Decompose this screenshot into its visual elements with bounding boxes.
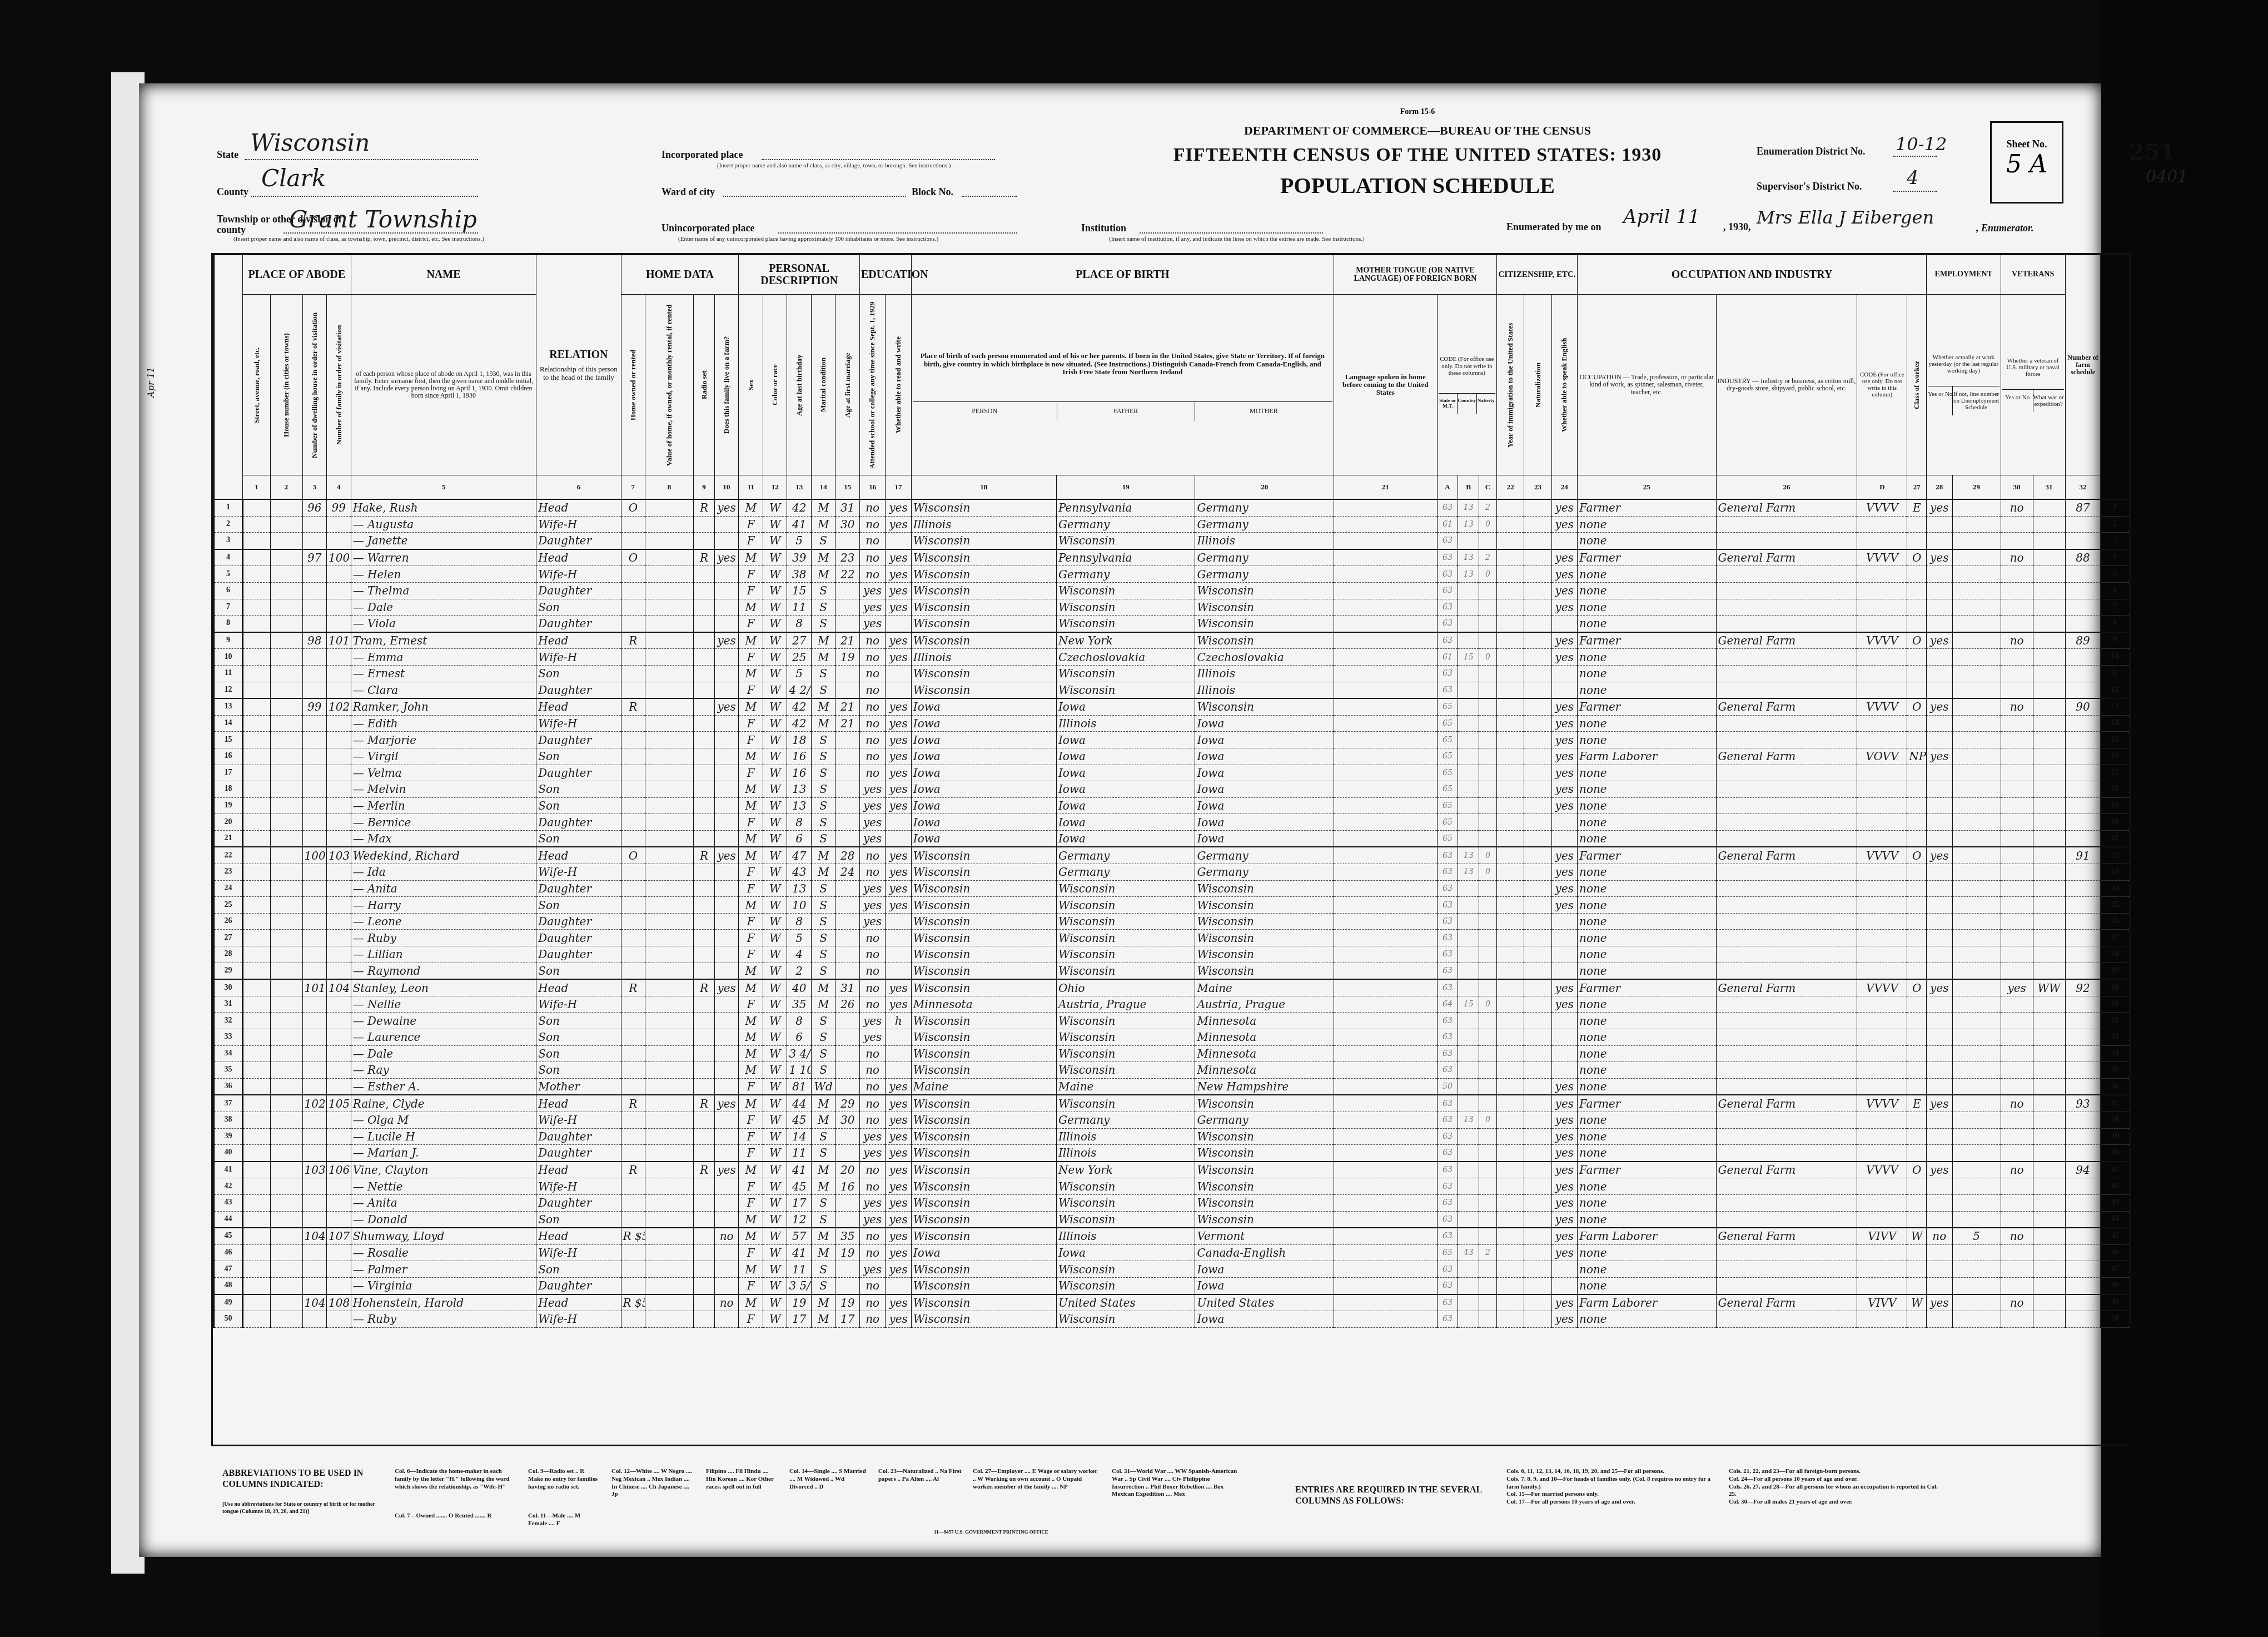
at-work-cell bbox=[1927, 797, 1952, 814]
schedule-title: POPULATION SCHEDULE bbox=[1056, 172, 1779, 199]
occupation-code-cell bbox=[1857, 732, 1907, 748]
class-of-worker-cell: NP bbox=[1907, 748, 1927, 765]
code-nativity-cell bbox=[1479, 930, 1497, 946]
at-work-cell bbox=[1927, 1244, 1952, 1261]
table-row: 18— MelvinSonMW13SyesyesIowaIowaIowa65ye… bbox=[214, 781, 2130, 798]
read-write-cell: yes bbox=[886, 880, 911, 897]
read-write-cell bbox=[886, 930, 911, 946]
person-name-cell: Tram, Ernest bbox=[351, 632, 536, 649]
sex-cell: F bbox=[739, 1128, 763, 1145]
family-number-cell bbox=[327, 533, 351, 549]
sex-cell: M bbox=[739, 797, 763, 814]
farm-schedule-cell bbox=[2065, 649, 2101, 666]
school-cell: yes bbox=[859, 1261, 885, 1278]
age-first-marriage-cell bbox=[835, 1128, 860, 1145]
speak-english-cell: yes bbox=[1551, 979, 1577, 996]
col-radio: Radio set bbox=[694, 295, 715, 475]
sex-cell: F bbox=[739, 1244, 763, 1261]
family-number-cell bbox=[327, 930, 351, 946]
birthplace-person-cell: Wisconsin bbox=[911, 1178, 1056, 1195]
birthplace-person-cell: Wisconsin bbox=[911, 1112, 1056, 1128]
immigration-cell bbox=[1496, 847, 1524, 864]
code-nativity-cell bbox=[1479, 1294, 1497, 1311]
street-cell bbox=[243, 963, 270, 979]
birthplace-mother-cell: Iowa bbox=[1195, 830, 1334, 847]
dwelling-number-cell: 102 bbox=[302, 1095, 327, 1112]
line-number-right: 17 bbox=[2101, 765, 2130, 781]
veteran-cell bbox=[2001, 682, 2033, 698]
street-cell bbox=[243, 715, 270, 732]
birthplace-person-cell: Wisconsin bbox=[911, 499, 1056, 516]
house-number-cell bbox=[270, 549, 302, 566]
birthplace-mother-cell: Maine bbox=[1195, 979, 1334, 996]
school-cell: yes bbox=[859, 616, 885, 632]
line-number-right: 31 bbox=[2101, 996, 2130, 1013]
veteran-cell bbox=[2001, 1013, 2033, 1029]
age-first-marriage-cell bbox=[835, 1261, 860, 1278]
occupation-code-cell bbox=[1857, 930, 1907, 946]
marital-cell: S bbox=[811, 1062, 835, 1079]
age-first-marriage-cell bbox=[835, 1029, 860, 1046]
veteran-cell bbox=[2001, 1145, 2033, 1162]
entries-line-7: Cols. 26, 27, and 28—For all persons for… bbox=[1729, 1484, 1940, 1499]
code-nativity-cell bbox=[1479, 830, 1497, 847]
race-cell: W bbox=[763, 880, 787, 897]
immigration-cell bbox=[1496, 1211, 1524, 1228]
dwelling-number-cell bbox=[302, 533, 327, 549]
school-cell: yes bbox=[859, 830, 885, 847]
occupation-code-cell: VVVV bbox=[1857, 698, 1907, 715]
occupation-cell: none bbox=[1578, 1311, 1717, 1328]
read-write-cell: yes bbox=[886, 698, 911, 715]
line-number: 38 bbox=[214, 1112, 243, 1128]
occupation-code-cell: VIVV bbox=[1857, 1294, 1907, 1311]
speak-english-cell bbox=[1551, 814, 1577, 831]
read-write-cell: yes bbox=[886, 979, 911, 996]
speak-english-cell: yes bbox=[1551, 1078, 1577, 1095]
school-cell: yes bbox=[859, 1128, 885, 1145]
school-cell: no bbox=[859, 1244, 885, 1261]
occupation-cell: none bbox=[1578, 996, 1717, 1013]
marital-cell: S bbox=[811, 814, 835, 831]
race-cell: W bbox=[763, 1261, 787, 1278]
language-cell bbox=[1334, 1311, 1437, 1328]
industry-cell: General Farm bbox=[1716, 1228, 1857, 1244]
marital-cell: S bbox=[811, 533, 835, 549]
code-country-cell: 13 bbox=[1458, 1112, 1479, 1128]
industry-cell: General Farm bbox=[1716, 499, 1857, 516]
col-unemployment-line: If not, line number on Unemployment Sche… bbox=[1953, 386, 1999, 415]
language-cell bbox=[1334, 1277, 1437, 1294]
unemployment-line-cell bbox=[1952, 533, 2001, 549]
farm-cell: yes bbox=[714, 549, 739, 566]
home-value-cell bbox=[645, 566, 694, 583]
family-number-cell bbox=[327, 1045, 351, 1062]
family-number-cell bbox=[327, 1128, 351, 1145]
radio-cell bbox=[694, 682, 715, 698]
birthplace-father-cell: Wisconsin bbox=[1056, 963, 1195, 979]
marital-cell: M bbox=[811, 499, 835, 516]
code-country-cell bbox=[1458, 797, 1479, 814]
person-name-cell: Ramker, John bbox=[351, 698, 536, 715]
sex-cell: M bbox=[739, 830, 763, 847]
immigration-cell bbox=[1496, 698, 1524, 715]
family-number-cell bbox=[327, 913, 351, 930]
naturalization-cell bbox=[1524, 632, 1551, 649]
veteran-cell bbox=[2001, 1062, 2033, 1079]
occupation-cell: none bbox=[1578, 864, 1717, 881]
line-number-header bbox=[214, 255, 243, 500]
read-write-cell bbox=[886, 533, 911, 549]
group-name: NAME bbox=[351, 255, 536, 295]
age-first-marriage-cell: 21 bbox=[835, 715, 860, 732]
age-first-marriage-cell bbox=[835, 748, 860, 765]
occupation-code-cell bbox=[1857, 1277, 1907, 1294]
language-cell bbox=[1334, 1145, 1437, 1162]
radio-cell: R bbox=[694, 847, 715, 864]
occupation-code-cell: VVVV bbox=[1857, 979, 1907, 996]
street-cell bbox=[243, 1128, 270, 1145]
class-of-worker-cell: O bbox=[1907, 632, 1927, 649]
farm-cell bbox=[714, 649, 739, 666]
war-cell bbox=[2033, 996, 2065, 1013]
age-first-marriage-cell: 35 bbox=[835, 1228, 860, 1244]
language-cell bbox=[1334, 781, 1437, 798]
birthplace-mother-cell: Austria, Prague bbox=[1195, 996, 1334, 1013]
person-name-cell: — Nettie bbox=[351, 1178, 536, 1195]
naturalization-cell bbox=[1524, 1228, 1551, 1244]
speak-english-cell bbox=[1551, 1261, 1577, 1278]
code-nativity-cell bbox=[1479, 698, 1497, 715]
family-number-cell bbox=[327, 1244, 351, 1261]
radio-cell bbox=[694, 1029, 715, 1046]
column-number: D bbox=[1857, 475, 1907, 500]
family-number-cell: 103 bbox=[327, 847, 351, 864]
unemployment-line-cell bbox=[1952, 1178, 2001, 1195]
birthplace-person-cell: Iowa bbox=[911, 830, 1056, 847]
race-cell: W bbox=[763, 797, 787, 814]
farm-cell: yes bbox=[714, 1095, 739, 1112]
naturalization-cell bbox=[1524, 1095, 1551, 1112]
war-cell bbox=[2033, 1128, 2065, 1145]
line-number: 6 bbox=[214, 582, 243, 599]
ed-line bbox=[1893, 156, 1937, 157]
code-state-cell: 63 bbox=[1437, 533, 1458, 549]
code-state-cell: 61 bbox=[1437, 649, 1458, 666]
occupation-cell: none bbox=[1578, 1261, 1717, 1278]
naturalization-cell bbox=[1524, 1178, 1551, 1195]
birthplace-mother-cell: Iowa bbox=[1195, 814, 1334, 831]
column-number: 5 bbox=[351, 475, 536, 500]
street-cell bbox=[243, 1095, 270, 1112]
family-number-cell bbox=[327, 748, 351, 765]
dwelling-number-cell bbox=[302, 814, 327, 831]
naturalization-cell bbox=[1524, 698, 1551, 715]
industry-cell bbox=[1716, 880, 1857, 897]
age-cell: 1 10/12 bbox=[787, 1062, 812, 1079]
street-cell bbox=[243, 1112, 270, 1128]
col-veteran: Yes or No bbox=[2002, 390, 2033, 412]
person-name-cell: — Lucile H bbox=[351, 1128, 536, 1145]
house-number-cell bbox=[270, 1311, 302, 1328]
class-of-worker-cell: W bbox=[1907, 1228, 1927, 1244]
birthplace-father-cell: Czechoslovakia bbox=[1056, 649, 1195, 666]
house-number-cell bbox=[270, 1145, 302, 1162]
radio-cell bbox=[694, 533, 715, 549]
house-number-cell bbox=[270, 830, 302, 847]
race-cell: W bbox=[763, 1078, 787, 1095]
sex-cell: M bbox=[739, 963, 763, 979]
home-owned-cell: R $5 bbox=[621, 1294, 645, 1311]
person-name-cell: — Warren bbox=[351, 549, 536, 566]
dwelling-number-cell bbox=[302, 996, 327, 1013]
occupation-cell: Farmer bbox=[1578, 1095, 1717, 1112]
code-state-cell: 63 bbox=[1437, 913, 1458, 930]
line-number: 48 bbox=[214, 1277, 243, 1294]
war-cell bbox=[2033, 682, 2065, 698]
home-owned-cell: O bbox=[621, 549, 645, 566]
age-cell: 10 bbox=[787, 897, 812, 914]
relation-cell: Wife-H bbox=[536, 715, 621, 732]
house-number-cell bbox=[270, 649, 302, 666]
line-number: 23 bbox=[214, 864, 243, 881]
home-value-cell bbox=[645, 797, 694, 814]
person-name-cell: — Ida bbox=[351, 864, 536, 881]
race-cell: W bbox=[763, 913, 787, 930]
home-value-cell bbox=[645, 1211, 694, 1228]
school-cell: no bbox=[859, 1078, 885, 1095]
age-cell: 42 bbox=[787, 499, 812, 516]
incorporated-hint: (Insert proper name and also name of cla… bbox=[717, 162, 951, 169]
race-cell: W bbox=[763, 715, 787, 732]
race-cell: W bbox=[763, 665, 787, 682]
birthplace-father-cell: Illinois bbox=[1056, 1145, 1195, 1162]
street-cell bbox=[243, 1162, 270, 1178]
industry-cell bbox=[1716, 797, 1857, 814]
person-name-cell: — Rosalie bbox=[351, 1244, 536, 1261]
relation-cell: Wife-H bbox=[536, 516, 621, 533]
industry-cell bbox=[1716, 814, 1857, 831]
marital-cell: S bbox=[811, 946, 835, 963]
naturalization-cell bbox=[1524, 830, 1551, 847]
person-name-cell: — Marian J. bbox=[351, 1145, 536, 1162]
school-cell: no bbox=[859, 1228, 885, 1244]
war-cell bbox=[2033, 946, 2065, 963]
relation-cell: Daughter bbox=[536, 732, 621, 748]
age-first-marriage-cell bbox=[835, 781, 860, 798]
language-cell bbox=[1334, 1029, 1437, 1046]
school-cell: no bbox=[859, 946, 885, 963]
birthplace-mother-cell: Iowa bbox=[1195, 748, 1334, 765]
industry-cell bbox=[1716, 996, 1857, 1013]
line-number: 18 bbox=[214, 781, 243, 798]
age-cell: 44 bbox=[787, 1095, 812, 1112]
industry-cell bbox=[1716, 864, 1857, 881]
farm-cell bbox=[714, 533, 739, 549]
home-owned-cell: O bbox=[621, 847, 645, 864]
table-row: 8— ViolaDaughterFW8SyesWisconsinWisconsi… bbox=[214, 616, 2130, 632]
code-nativity-cell: 0 bbox=[1479, 864, 1497, 881]
radio-cell bbox=[694, 930, 715, 946]
farm-cell bbox=[714, 1045, 739, 1062]
language-cell bbox=[1334, 582, 1437, 599]
birthplace-mother-cell: Wisconsin bbox=[1195, 582, 1334, 599]
age-first-marriage-cell: 29 bbox=[835, 1095, 860, 1112]
house-number-cell bbox=[270, 1162, 302, 1178]
relation-cell: Son bbox=[536, 1045, 621, 1062]
school-cell: no bbox=[859, 1294, 885, 1311]
veteran-desc: Whether a veteran of U.S. military or na… bbox=[2002, 358, 2064, 378]
street-cell bbox=[243, 748, 270, 765]
unemployment-line-cell bbox=[1952, 946, 2001, 963]
radio-cell: R bbox=[694, 549, 715, 566]
read-write-cell: yes bbox=[886, 1228, 911, 1244]
sex-cell: F bbox=[739, 732, 763, 748]
at-work-cell bbox=[1927, 913, 1952, 930]
birthplace-father-cell: Wisconsin bbox=[1056, 897, 1195, 914]
read-write-cell bbox=[886, 814, 911, 831]
birthplace-person-cell: Wisconsin bbox=[911, 549, 1056, 566]
group-place-of-abode: PLACE OF ABODE bbox=[243, 255, 351, 295]
column-number: 20 bbox=[1195, 475, 1334, 500]
entries-line-8: Col. 30—For all males 21 years of age an… bbox=[1729, 1499, 1940, 1506]
column-number: 1 bbox=[243, 475, 270, 500]
immigration-cell bbox=[1496, 616, 1524, 632]
street-cell bbox=[243, 1228, 270, 1244]
line-number-right: 48 bbox=[2101, 1277, 2130, 1294]
birthplace-mother-cell: Germany bbox=[1195, 864, 1334, 881]
speak-english-cell: yes bbox=[1551, 781, 1577, 798]
table-row: 16— VirgilSonMW16SnoyesIowaIowaIowa65yes… bbox=[214, 748, 2130, 765]
street-cell bbox=[243, 516, 270, 533]
home-value-cell bbox=[645, 1045, 694, 1062]
code-state-cell: 63 bbox=[1437, 632, 1458, 649]
war-cell bbox=[2033, 499, 2065, 516]
line-number-right: 1 bbox=[2101, 499, 2130, 516]
age-cell: 5 bbox=[787, 533, 812, 549]
speak-english-cell: yes bbox=[1551, 549, 1577, 566]
sex-cell: F bbox=[739, 1194, 763, 1211]
code-nativity-cell bbox=[1479, 533, 1497, 549]
street-cell bbox=[243, 1045, 270, 1062]
industry-cell: General Farm bbox=[1716, 979, 1857, 996]
code-country-cell bbox=[1458, 1194, 1479, 1211]
family-number-cell bbox=[327, 946, 351, 963]
farm-cell bbox=[714, 880, 739, 897]
read-write-cell: yes bbox=[886, 1128, 911, 1145]
state-label: State bbox=[217, 149, 238, 161]
school-cell: no bbox=[859, 698, 885, 715]
marital-cell: M bbox=[811, 516, 835, 533]
col-house-number: House number (in cities or towns) bbox=[270, 295, 302, 475]
house-number-cell bbox=[270, 715, 302, 732]
marital-cell: M bbox=[811, 1095, 835, 1112]
industry-cell bbox=[1716, 533, 1857, 549]
immigration-cell bbox=[1496, 748, 1524, 765]
language-cell bbox=[1334, 979, 1437, 996]
ed-value: 10-12 bbox=[1896, 133, 1947, 155]
dwelling-number-cell bbox=[302, 566, 327, 583]
table-row: 21— MaxSonMW6SyesIowaIowaIowa65none21 bbox=[214, 830, 2130, 847]
line-number-right: 6 bbox=[2101, 582, 2130, 599]
marital-cell: S bbox=[811, 1194, 835, 1211]
industry-cell: General Farm bbox=[1716, 1294, 1857, 1311]
at-work-cell bbox=[1927, 897, 1952, 914]
age-cell: 19 bbox=[787, 1294, 812, 1311]
read-write-cell: yes bbox=[886, 1261, 911, 1278]
farm-schedule-cell bbox=[2065, 1244, 2101, 1261]
speak-english-cell bbox=[1551, 913, 1577, 930]
table-row: 38— Olga MWife-HFW45M30noyesWisconsinGer… bbox=[214, 1112, 2130, 1128]
unemployment-line-cell bbox=[1952, 1211, 2001, 1228]
home-owned-cell: R bbox=[621, 698, 645, 715]
birthplace-father-cell: Ohio bbox=[1056, 979, 1195, 996]
home-owned-cell bbox=[621, 582, 645, 599]
census-title: FIFTEENTH CENSUS OF THE UNITED STATES: 1… bbox=[1056, 145, 1779, 166]
dwelling-number-cell: 98 bbox=[302, 632, 327, 649]
dwelling-number-cell bbox=[302, 516, 327, 533]
naturalization-cell bbox=[1524, 665, 1551, 682]
marital-cell: S bbox=[811, 830, 835, 847]
abbr-col27: Col. 27—Employer .... E Wage or salary w… bbox=[973, 1468, 1101, 1491]
naturalization-cell bbox=[1524, 1013, 1551, 1029]
read-write-cell: yes bbox=[886, 1145, 911, 1162]
farm-cell bbox=[714, 682, 739, 698]
abbr-col9: Col. 9—Radio set .. R Make no entry for … bbox=[528, 1468, 600, 1491]
unemployment-line-cell bbox=[1952, 1045, 2001, 1062]
home-owned-cell: R $5 bbox=[621, 1228, 645, 1244]
at-work-cell bbox=[1927, 1277, 1952, 1294]
veteran-cell bbox=[2001, 996, 2033, 1013]
relation-cell: Daughter bbox=[536, 913, 621, 930]
unemployment-line-cell bbox=[1952, 1294, 2001, 1311]
class-of-worker-cell bbox=[1907, 1045, 1927, 1062]
code-country-cell bbox=[1458, 1211, 1479, 1228]
veteran-cell: no bbox=[2001, 499, 2033, 516]
sex-cell: F bbox=[739, 682, 763, 698]
relation-cell: Head bbox=[536, 1228, 621, 1244]
code-nativity-cell: 0 bbox=[1479, 516, 1497, 533]
occupation-cell: Farm Laborer bbox=[1578, 748, 1717, 765]
relation-cell: Son bbox=[536, 963, 621, 979]
occupation-cell: none bbox=[1578, 732, 1717, 748]
relation-cell: Son bbox=[536, 897, 621, 914]
birthplace-mother-cell: Wisconsin bbox=[1195, 1145, 1334, 1162]
marital-cell: M bbox=[811, 566, 835, 583]
home-value-cell bbox=[645, 996, 694, 1013]
radio-cell bbox=[694, 1194, 715, 1211]
sex-cell: F bbox=[739, 715, 763, 732]
person-name-cell: — Harry bbox=[351, 897, 536, 914]
house-number-cell bbox=[270, 698, 302, 715]
race-cell: W bbox=[763, 732, 787, 748]
code-country-cell bbox=[1458, 1311, 1479, 1328]
age-first-marriage-cell bbox=[835, 1013, 860, 1029]
race-cell: W bbox=[763, 1045, 787, 1062]
person-name-cell: — Dale bbox=[351, 1045, 536, 1062]
relation-cell: Daughter bbox=[536, 930, 621, 946]
unemployment-line-cell bbox=[1952, 682, 2001, 698]
unemployment-line-cell bbox=[1952, 765, 2001, 781]
unemployment-line-cell bbox=[1952, 1112, 2001, 1128]
code-nativity-cell bbox=[1479, 797, 1497, 814]
line-number: 35 bbox=[214, 1062, 243, 1079]
war-cell bbox=[2033, 830, 2065, 847]
unincorporated-label: Unincorporated place bbox=[661, 222, 754, 234]
at-work-cell bbox=[1927, 864, 1952, 881]
industry-cell bbox=[1716, 897, 1857, 914]
county-label: County bbox=[217, 186, 248, 198]
